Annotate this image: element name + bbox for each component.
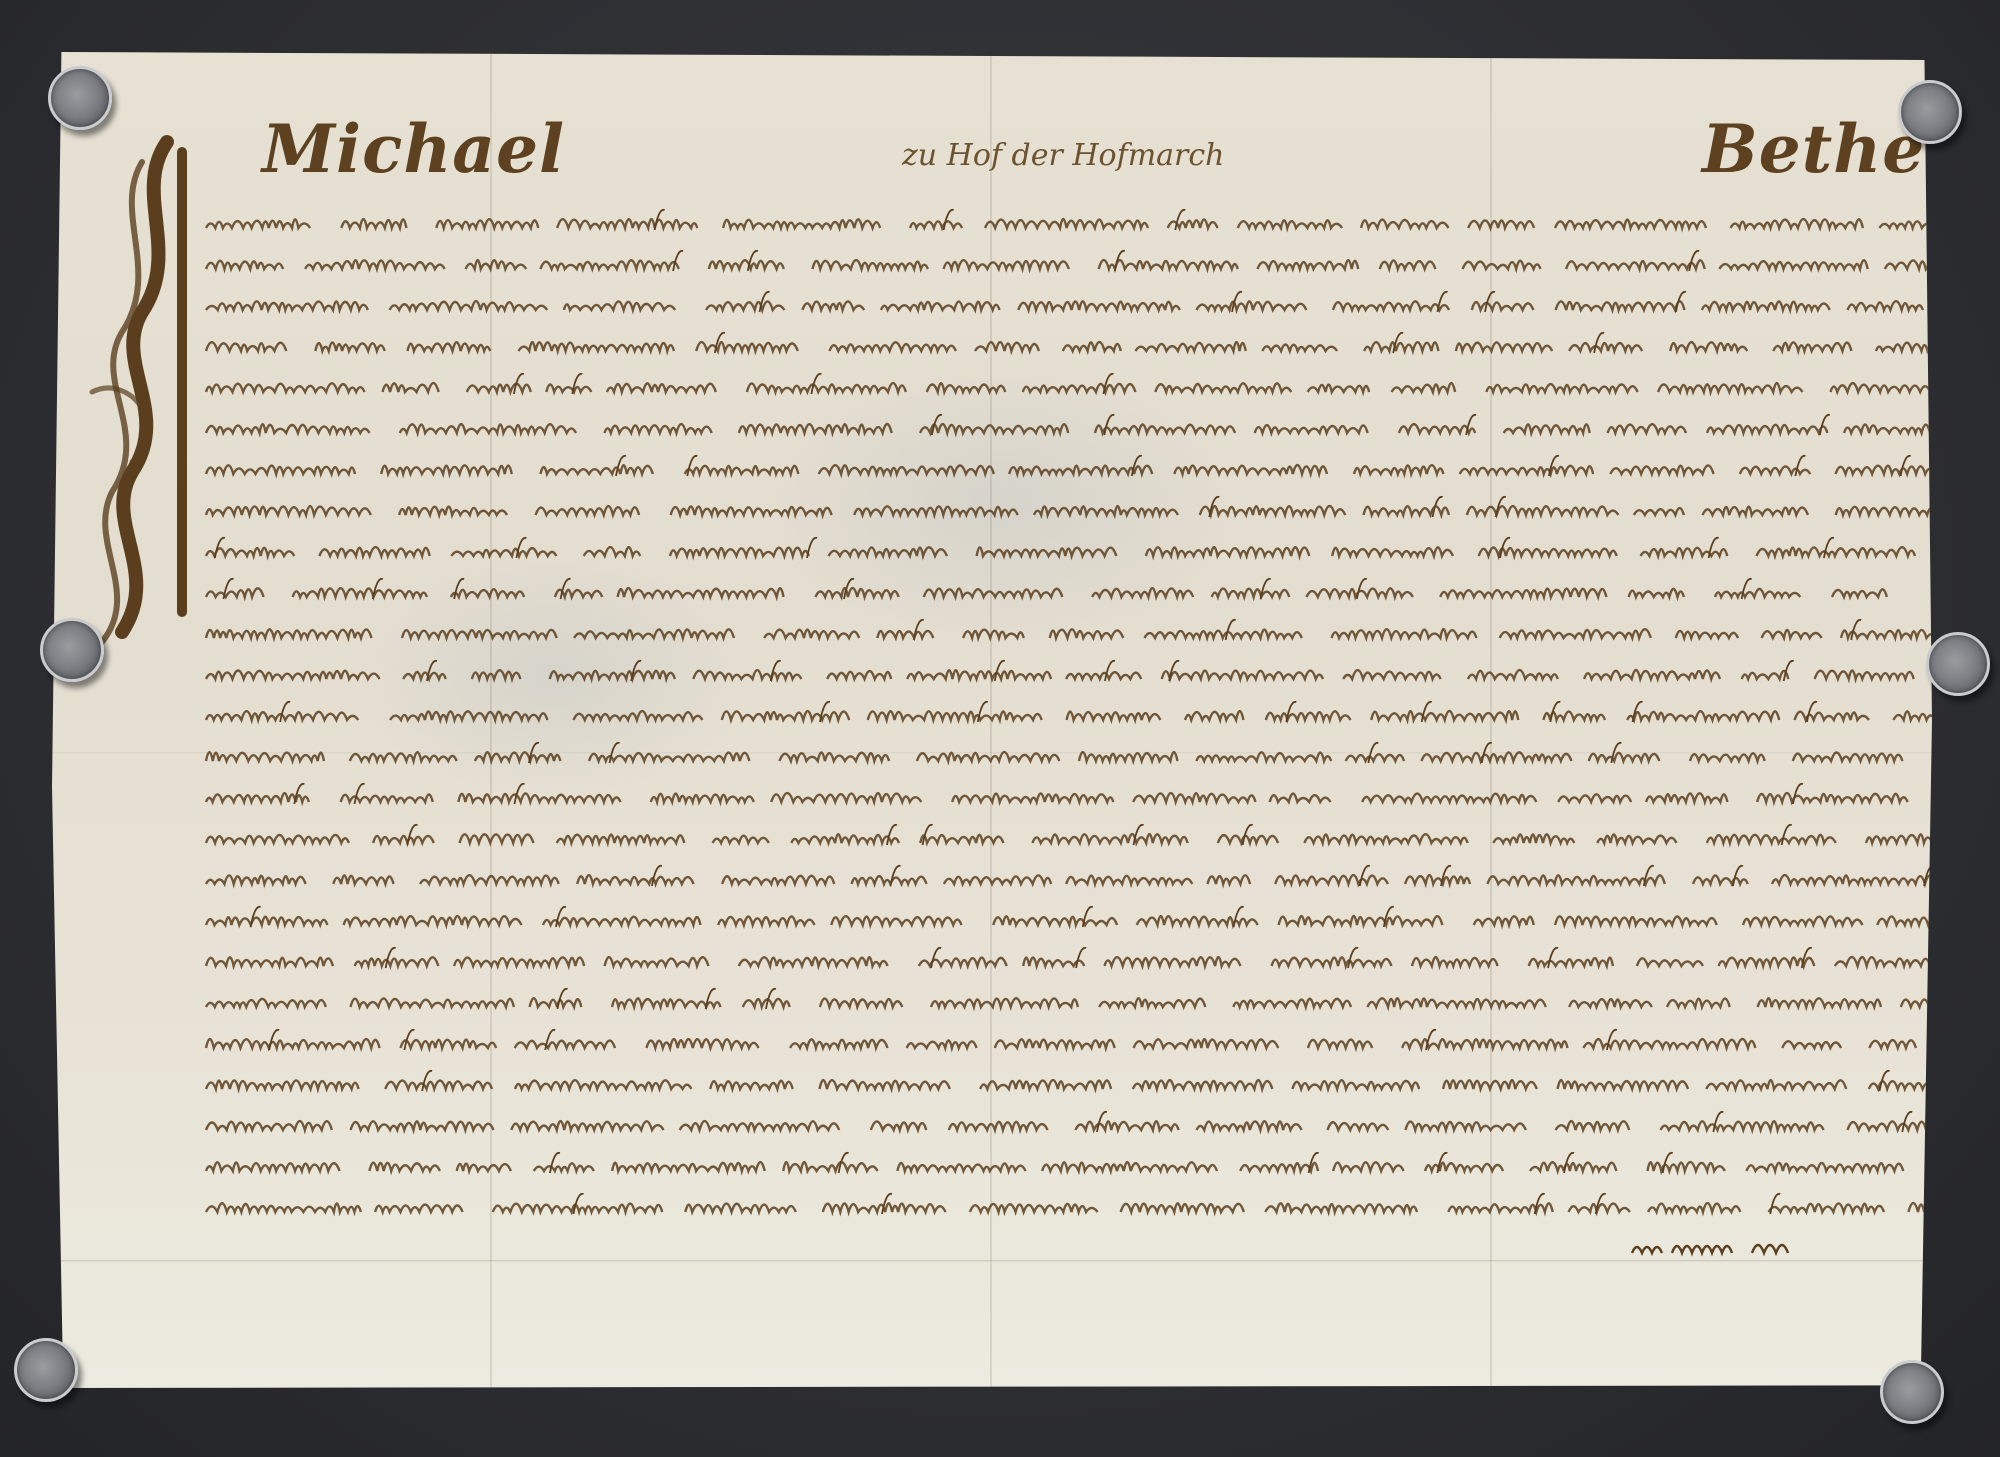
- handwritten-line: [202, 1063, 1892, 1104]
- handwritten-line: [202, 1104, 1892, 1145]
- handwritten-line: [202, 653, 1892, 694]
- handwritten-line: [202, 571, 1892, 612]
- document-body: [202, 202, 1892, 1268]
- mounting-pin: [1880, 1360, 1944, 1424]
- mounting-pin: [1926, 632, 1990, 696]
- handwritten-line: [202, 530, 1892, 571]
- handwritten-line: [202, 817, 1892, 858]
- handwritten-line: [202, 694, 1892, 735]
- mounting-pin: [48, 66, 112, 130]
- handwritten-closing-line: [202, 1227, 1892, 1268]
- handwritten-line: [202, 1186, 1892, 1227]
- handwritten-line: [202, 366, 1892, 407]
- handwritten-line: [202, 407, 1892, 448]
- handwritten-line: [202, 1022, 1892, 1063]
- handwritten-line: [202, 448, 1892, 489]
- handwritten-line: [202, 243, 1892, 284]
- heading-name-first: Michael: [262, 110, 565, 188]
- handwritten-line: [202, 899, 1892, 940]
- handwritten-line: [202, 940, 1892, 981]
- decorative-initial-icon: [72, 132, 202, 652]
- handwritten-line: [202, 776, 1892, 817]
- handwritten-line: [202, 325, 1892, 366]
- handwritten-line: [202, 735, 1892, 776]
- handwritten-line: [202, 981, 1892, 1022]
- handwritten-line: [202, 1145, 1892, 1186]
- mounting-pin: [14, 1338, 78, 1402]
- heading-location: zu Hof der Hofmarch: [902, 138, 1225, 173]
- parchment-document: Michael zu Hof der Hofmarch Bethem: [52, 52, 1932, 1388]
- mounting-pin: [40, 618, 104, 682]
- mounting-pin: [1898, 80, 1962, 144]
- handwritten-line: [202, 858, 1892, 899]
- handwritten-line: [202, 612, 1892, 653]
- handwritten-line: [202, 202, 1892, 243]
- handwritten-line: [202, 489, 1892, 530]
- handwritten-line: [202, 284, 1892, 325]
